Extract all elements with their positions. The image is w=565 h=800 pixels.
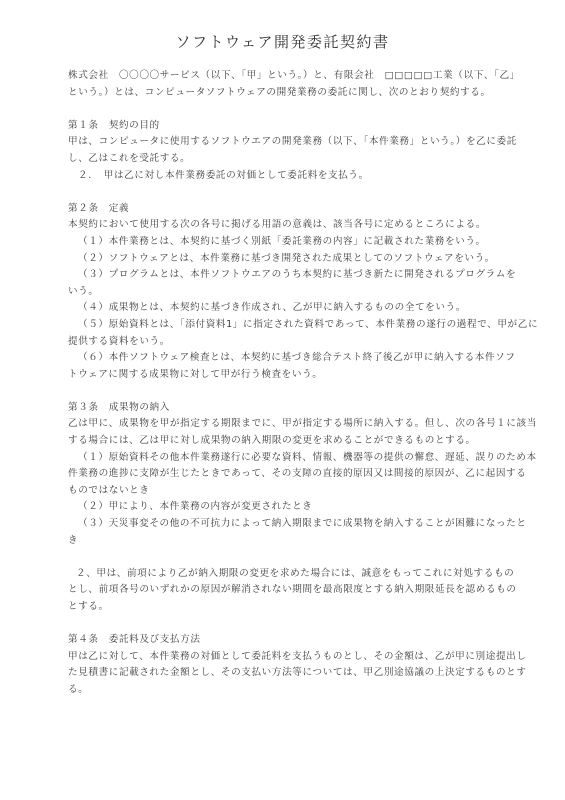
article-2-item-3: （３）プログラムとは、本件ソフトウエアのうち本契約に基づき新たに開発されるプログ…: [68, 267, 500, 284]
article-1-clause-2: ２． 甲は乙に対し本件業務委託の対価として委託料を支払う。: [68, 168, 500, 185]
article-2-item-6: （６）本件ソフトウェア検査とは、本契約に基づき総合テスト終了後乙が甲に納入する本…: [68, 350, 500, 367]
document-title: ソフトウェア開発委託契約書: [0, 31, 565, 52]
article-2-item-2: （２）ソフトウェアとは、本件業務に基づき開発された成果としてのソフトウェアをいう…: [68, 251, 500, 268]
article-2-line: トウェアに関する成果物に対して甲が行う検査をいう。: [68, 367, 500, 384]
article-3-heading: 第３条 成果物の納入: [68, 400, 500, 417]
article-1-line: し、乙はこれを受託する。: [68, 151, 500, 168]
preamble-line: という。）とは、コンピュータソフトウェアの開発業務の委託に関し、次のとおり契約す…: [68, 85, 500, 102]
article-3-line: する場合には、乙は甲に対し成果物の納入期限の変更を求めることができるものとする。: [68, 433, 500, 450]
article-4-line: た見積書に記載された金額とし、その支払い方法等については、甲乙別途協議の上決定す…: [68, 665, 500, 682]
article-3-item-1: （１）原始資料その他本件業務遂行に必要な資料、情報、機器等の提供の懈怠、遅延、誤…: [68, 450, 500, 467]
article-4-heading: 第４条 委託料及び支払方法: [68, 632, 500, 649]
article-3-line: 乙は甲に、成果物を甲が指定する期限までに、甲が指定する場所に納入する。但し、次の…: [68, 416, 500, 433]
article-3-item-3: （３）天災事変その他の不可抗力によって納入期限までに成果物を納入することが困難に…: [68, 516, 500, 533]
article-3-line: ものではないとき: [68, 483, 500, 500]
article-2-item-4: （４）成果物とは、本契約に基づき作成され、乙が甲に納入するものの全てをいう。: [68, 300, 500, 317]
document-body: 株式会社 〇〇〇〇サービス（以下、「甲」という。）と、有限会社 □□□□□工業（…: [68, 68, 500, 699]
article-3-clause-2: ２、甲は、前項により乙が納入期限の変更を求めた場合には、誠意をもってこれに対処す…: [68, 566, 500, 583]
article-2-heading: 第２条 定義: [68, 201, 500, 218]
preamble-line: 株式会社 〇〇〇〇サービス（以下、「甲」という。）と、有限会社 □□□□□工業（…: [68, 68, 500, 85]
article-4-line: 甲は乙に対して、本件業務の対価として委託料を支払うものとし、その金額は、乙が甲に…: [68, 649, 500, 666]
article-2-item-5: （５）原始資料とは、「添付資料1」に指定された資料であって、本件業務の遂行の過程…: [68, 317, 500, 334]
article-1-line: 甲は、コンピュータに使用するソフトウエアの開発業務（以下、「本件業務」という。）…: [68, 134, 500, 151]
article-1-heading: 第１条 契約の目的: [68, 118, 500, 135]
spacer: [68, 101, 500, 118]
article-2-line: 提供する資料をいう。: [68, 334, 500, 351]
article-2-item-1: （１）本件業務とは、本契約に基づく別紙「委託業務の内容」に記載された業務をいう。: [68, 234, 500, 251]
article-3-line: とし、前項各号のいずれかの原因が解消されない期間を最高限度とする納入期限延長を認…: [68, 582, 500, 599]
article-2-line: いう。: [68, 284, 500, 301]
spacer: [68, 383, 500, 400]
article-3-line: 件業務の進捗に支障が生じたときであって、その支障の直接的原因又は間接的原因が、乙…: [68, 466, 500, 483]
spacer: [68, 549, 500, 566]
article-2-line: 本契約において使用する次の各号に掲げる用語の意義は、該当各号に定めるところによる…: [68, 217, 500, 234]
article-4-line: る。: [68, 682, 500, 699]
article-3-line: とする。: [68, 599, 500, 616]
spacer: [68, 184, 500, 201]
document-page: ソフトウェア開発委託契約書 株式会社 〇〇〇〇サービス（以下、「甲」という。）と…: [0, 0, 565, 800]
article-3-line: き: [68, 533, 500, 550]
article-3-item-2: （２）甲により、本件業務の内容が変更されたとき: [68, 499, 500, 516]
spacer: [68, 616, 500, 633]
